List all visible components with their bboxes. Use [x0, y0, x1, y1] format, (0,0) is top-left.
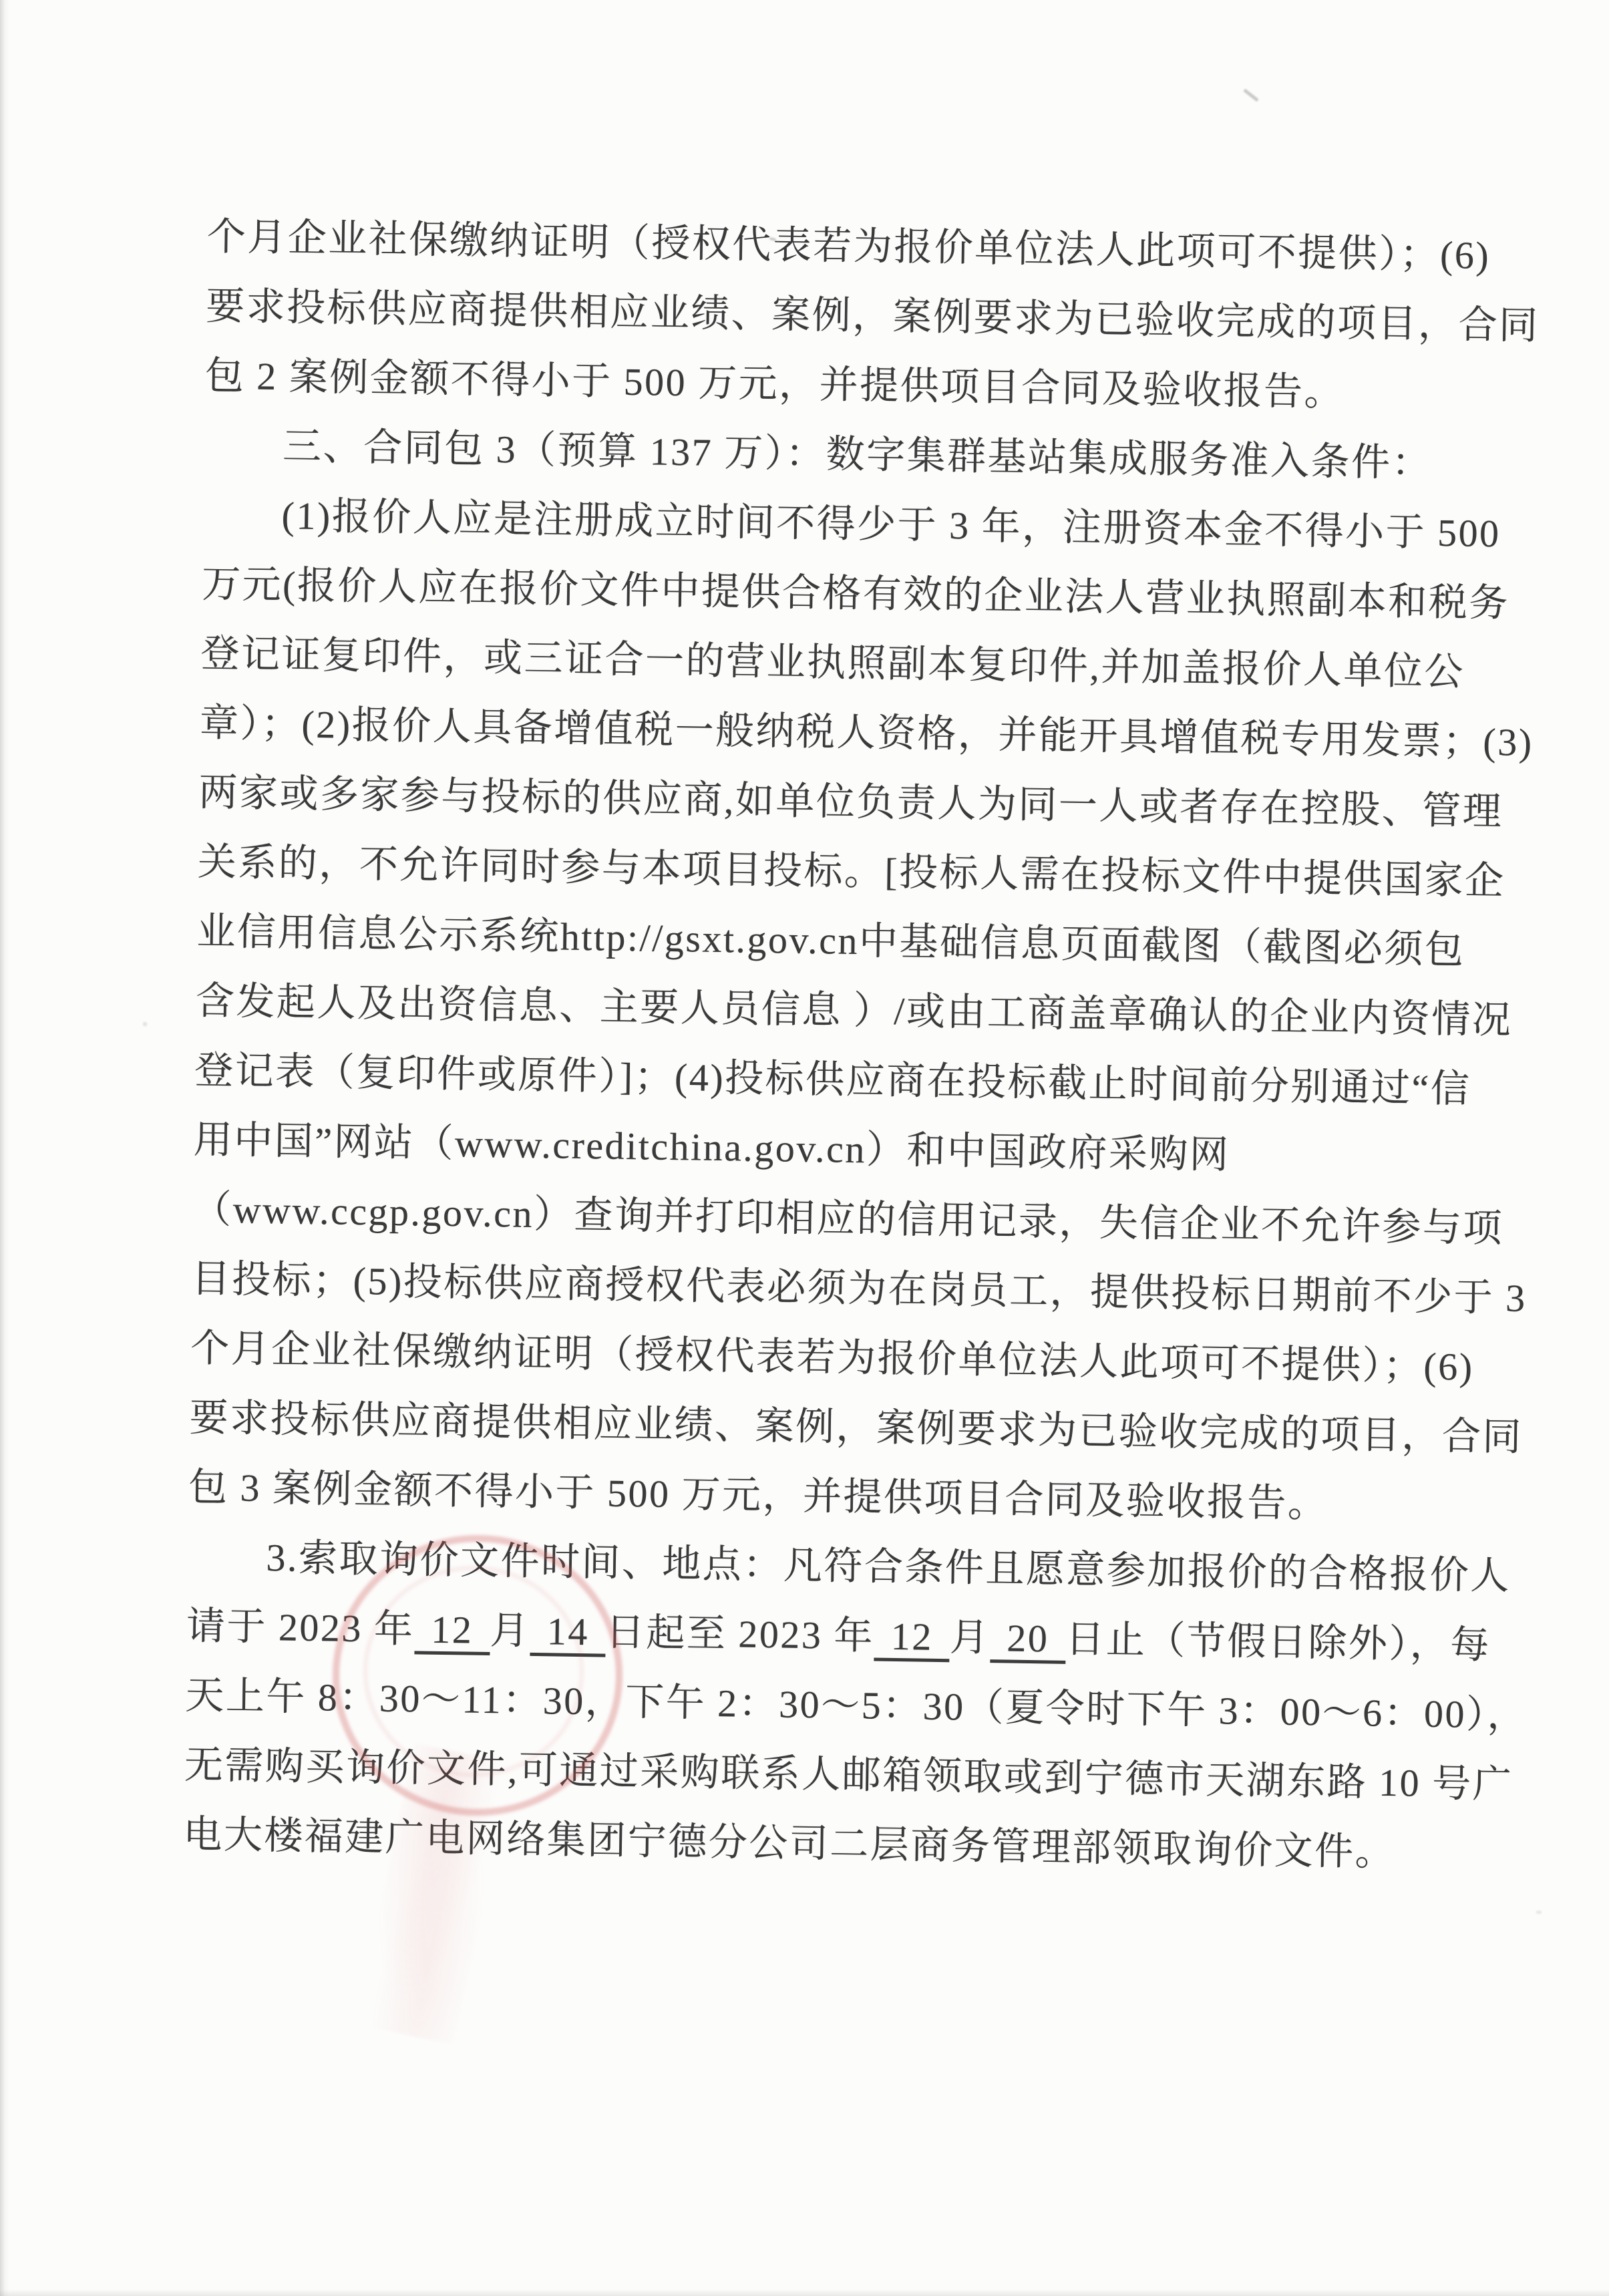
underlined-blank: 12	[874, 1615, 950, 1663]
text-segment: 电大楼福建广电网络集团宁德分公司二层商务管理部领取询价文件。	[183, 1812, 1396, 1874]
text-segment: 包 3 案例金额不得小于 500 万元，并提供项目合同及验收报告。	[188, 1465, 1328, 1525]
text-segment: 万元(报价人应在报价文件中提供合格有效的企业法人营业执照副本和税务	[202, 562, 1510, 625]
scan-noise-speck	[143, 1022, 147, 1026]
scan-edge-shadow-left	[0, 0, 9, 2296]
text-segment: 个月企业社保缴纳证明（授权代表若为报价单位法人此项可不提供）；(6)	[206, 215, 1490, 277]
text-segment: 三、合同包 3（预算 137 万）：数字集群基站集成服务准入条件：	[283, 424, 1433, 485]
text-segment: 两家或多家参与投标的供应商,如单位负责人为同一人或者存在控股、管理	[198, 770, 1503, 833]
text-segment: 用中国”网站（www.creditchina.gov.cn）和中国政府采购网	[193, 1118, 1230, 1176]
text-segment: 日起至 2023 年	[605, 1611, 874, 1658]
text-segment: 目投标；(5)投标供应商授权代表必须为在岗员工，提供投标日期前不少于 3	[191, 1257, 1527, 1320]
red-seal-stamp-inner-ring	[364, 1567, 583, 1776]
text-segment: 章）；(2)报价人具备增值税一般纳税人资格，并能开具增值税专用发票；(3)	[200, 701, 1534, 764]
text-segment: 日止（节假日除外），每	[1065, 1617, 1491, 1667]
text-segment: 要求投标供应商提供相应业绩、案例，案例要求为已验收完成的项目，合同	[189, 1396, 1523, 1459]
text-segment: 登记表（复印件或原件）]；(4)投标供应商在投标截止时间前分别通过“信	[194, 1048, 1471, 1110]
scanned-document-page: { "page": { "background_color": "#fcfcfb…	[0, 0, 1609, 2296]
scan-noise-speck	[1243, 89, 1259, 102]
text-segment: 业信用信息公示系统http://gsxt.gov.cn中基础信息页面截图（截图必…	[196, 909, 1465, 971]
text-segment: (1)报价人应是注册成立时间不得少于 3 年，注册资本金不得小于 500	[281, 494, 1501, 555]
underlined-blank: 20	[990, 1616, 1066, 1664]
text-segment: 月	[949, 1615, 990, 1659]
scan-edge-shadow-bottom	[0, 2289, 1609, 2296]
text-segment: 包 2 案例金额不得小于 500 万元，并提供项目合同及验收报告。	[204, 353, 1345, 414]
text-segment: 登记证复印件，或三证合一的营业执照副本复印件,并加盖报价人单位公	[200, 631, 1465, 693]
scan-noise-speck	[1536, 1911, 1542, 1914]
text-segment: 要求投标供应商提供相应业绩、案例，案例要求为已验收完成的项目，合同	[206, 285, 1540, 348]
text-segment: 个月企业社保缴纳证明（授权代表若为报价单位法人此项可不提供）；(6)	[190, 1326, 1474, 1388]
text-segment: 关系的，不允许同时参与本项目投标。[投标人需在投标文件中提供国家企	[197, 840, 1505, 903]
text-segment: （www.ccgp.gov.cn）查询并打印相应的信用记录，失信企业不允许参与项	[192, 1187, 1504, 1250]
text-segment: 含发起人及出资信息、主要人员信息 ）/或由工商盖章确认的企业内资情况	[195, 979, 1512, 1041]
